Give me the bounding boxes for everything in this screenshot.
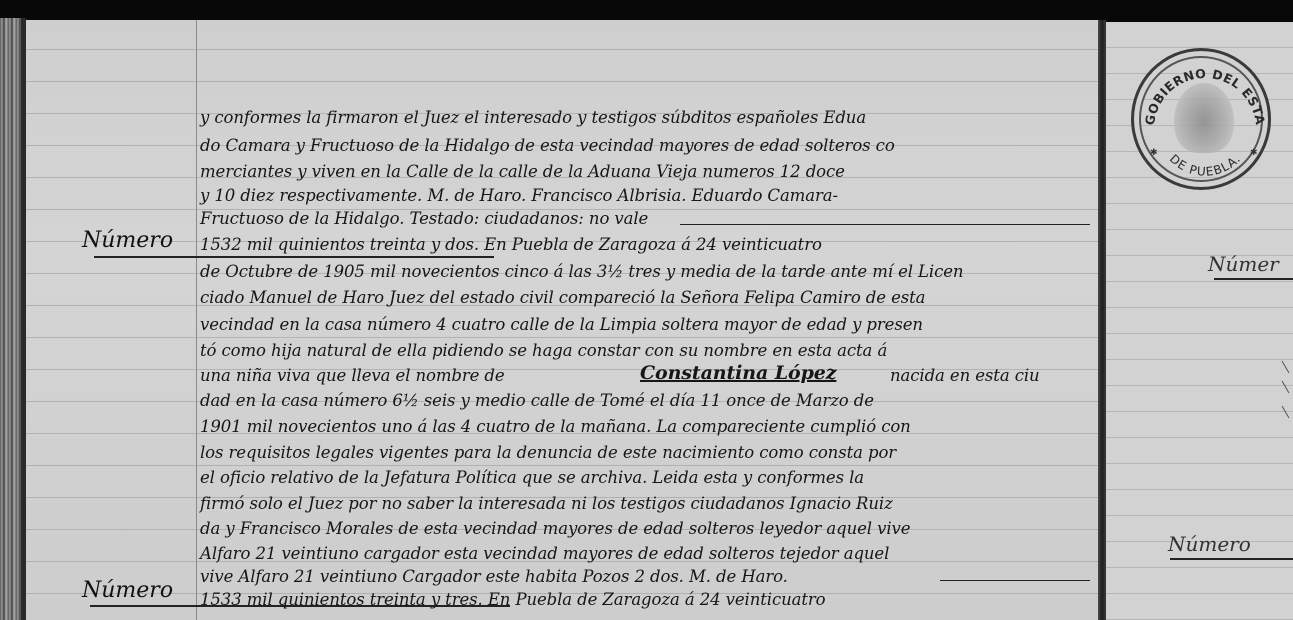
svg-text:✱: ✱ bbox=[1250, 148, 1258, 158]
child-name: Constantina López bbox=[640, 362, 836, 384]
entry-label-numero-1533: Número bbox=[82, 578, 173, 603]
text-line-2: do Camara y Fructuoso de la Hidalgo de e… bbox=[200, 136, 895, 155]
svg-text:✱: ✱ bbox=[1150, 148, 1158, 158]
text-line-15: el oficio relativo de la Jefatura Políti… bbox=[200, 468, 864, 487]
text-line-3: merciantes y viven en la Calle de la cal… bbox=[200, 162, 845, 181]
state-seal-stamp: GOBIERNO DEL ESTADO L. Y. S. DE PUEBLA. … bbox=[1131, 48, 1271, 190]
text-line-4: y 10 diez respectivamente. M. de Haro. F… bbox=[200, 186, 838, 205]
entry-separator-line bbox=[680, 224, 1090, 225]
right-underline-1 bbox=[1214, 278, 1293, 280]
text-line-6: 1532 mil quinientos treinta y dos. En Pu… bbox=[200, 235, 822, 254]
margin-line bbox=[196, 20, 197, 620]
text-line-19: vive Alfaro 21 veintiuno Cargador este h… bbox=[200, 567, 788, 586]
text-line-17: da y Francisco Morales de esta vecindad … bbox=[200, 519, 910, 538]
entry-end-line bbox=[940, 580, 1090, 581]
seal-top-text: GOBIERNO DEL ESTADO L. Y. S. bbox=[1134, 51, 1268, 126]
svg-text:GOBIERNO DEL ESTADO L. Y. S.: GOBIERNO DEL ESTADO L. Y. S. bbox=[1134, 51, 1268, 126]
book-gutter bbox=[1098, 20, 1106, 620]
text-line-13: 1901 mil novecientos uno á las 4 cuatro … bbox=[200, 417, 911, 436]
text-line-8: ciado Manuel de Haro Juez del estado civ… bbox=[200, 288, 925, 307]
text-line-9: vecindad en la casa número 4 cuatro call… bbox=[200, 315, 923, 334]
right-underline-2 bbox=[1170, 558, 1293, 560]
right-page-label-numero-1: Númer bbox=[1208, 252, 1279, 276]
text-line-11-cont: nacida en esta ciu bbox=[890, 366, 1040, 385]
entry-number-underline bbox=[94, 256, 494, 258]
text-line-12: dad en la casa número 6½ seis y medio ca… bbox=[200, 391, 874, 410]
text-line-5: Fructuoso de la Hidalgo. Testado: ciudad… bbox=[200, 209, 648, 228]
right-page-label-numero-2: Número bbox=[1168, 532, 1251, 556]
text-line-20: 1533 mil quinientos treinta y tres. En P… bbox=[200, 590, 826, 609]
text-line-11: una niña viva que lleva el nombre de bbox=[200, 366, 505, 385]
seal-text-ring: GOBIERNO DEL ESTADO L. Y. S. DE PUEBLA. … bbox=[1134, 51, 1274, 193]
text-line-1: y conformes la firmaron el Juez el inter… bbox=[200, 108, 866, 127]
text-line-16: firmó solo el Juez por no saber la inter… bbox=[200, 494, 893, 513]
scan-top-border bbox=[0, 0, 1293, 22]
text-line-18: Alfaro 21 veintiuno cargador esta vecind… bbox=[200, 544, 889, 563]
svg-text:DE PUEBLA.: DE PUEBLA. bbox=[1167, 152, 1244, 179]
text-line-14: los requisitos legales vigentes para la … bbox=[200, 443, 896, 462]
text-line-10: tó como hija natural de ella pidiendo se… bbox=[200, 341, 887, 360]
entry-label-numero-1532: Número bbox=[82, 228, 173, 253]
text-line-7: de Octubre de 1905 mil novecientos cinco… bbox=[200, 262, 963, 281]
seal-bottom-text: DE PUEBLA. bbox=[1167, 152, 1244, 179]
page-edges-stack bbox=[0, 18, 26, 620]
